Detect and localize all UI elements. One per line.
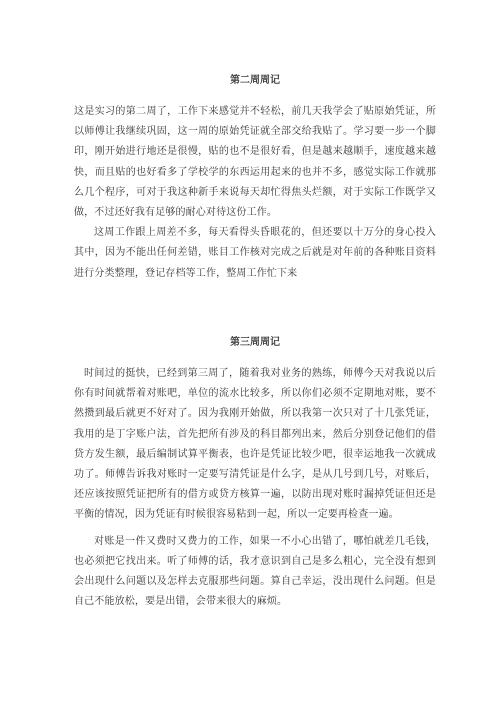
paragraph: 对账是一件又费时又费力的工作，如果一不小心出错了，哪怕就差几毛钱，也必须把它找出…	[74, 532, 436, 613]
section-title: 第三周周记	[74, 336, 436, 350]
paragraph: 这周工作跟上周差不多，每天看得头昏眼花的，但还要以十万分的身心投入其中，因为不能…	[74, 223, 436, 284]
document-page: 第二周周记 这是实习的第二周了，工作下来感觉并不轻松，前几天我学会了贴原始凭证，…	[0, 0, 500, 708]
paragraph: 时间过的挺快，已经到第三周了，随着我对业务的熟练，师傅今天对我说以后你有时间就帮…	[74, 364, 436, 526]
week-3-journal-section: 第三周周记 时间过的挺快，已经到第三周了，随着我对业务的熟练，师傅今天对我说以后…	[74, 336, 436, 612]
section-title: 第二周周记	[74, 74, 436, 88]
week-2-journal-section: 第二周周记 这是实习的第二周了，工作下来感觉并不轻松，前几天我学会了贴原始凭证，…	[74, 74, 436, 284]
paragraph: 这是实习的第二周了，工作下来感觉并不轻松，前几天我学会了贴原始凭证，所以师傅让我…	[74, 102, 436, 223]
